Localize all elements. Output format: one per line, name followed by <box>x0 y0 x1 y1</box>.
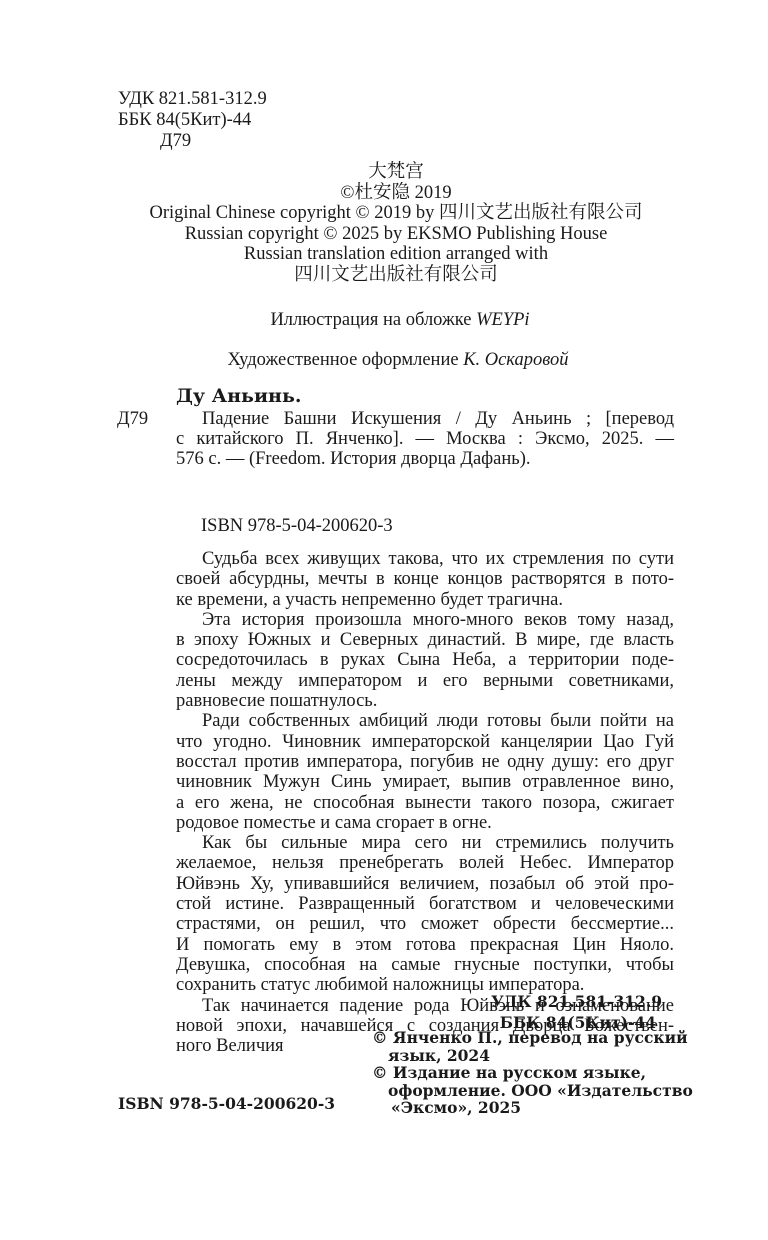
annotation-paragraph: Эта история произошла много-много веков … <box>176 610 674 711</box>
biblio-line: Падение Башни Искушения / Ду Аньинь ; [п… <box>176 409 674 429</box>
design-label: Художественное оформление <box>227 350 463 370</box>
edition-copyright-line3: «Эксмо», 2025 <box>372 1099 672 1117</box>
annotation-line: Ради собственных амбиций люди готовы был… <box>176 711 674 731</box>
annotation-line: своей абсурдны, мечты в конце концов рас… <box>176 569 674 589</box>
original-author-copyright: ©杜安隐 2019 <box>0 183 768 204</box>
annotation-line: Судьба всех живущих такова, что их стрем… <box>176 549 674 569</box>
udk-code: УДК 821.581-312.9 <box>118 89 267 109</box>
author-mark: Д79 <box>160 131 191 151</box>
biblio-line: 576 с. — (Freedom. История дворца Дафань… <box>176 449 674 469</box>
annotation-line: Девушка, способная на самые гнусные пост… <box>176 955 674 975</box>
annotation-line: что угодно. Чиновник императорской канце… <box>176 732 674 752</box>
illustrator-name: WEYPi <box>476 310 529 330</box>
annotation-line: сосредоточилась в руках Сына Неба, а тер… <box>176 650 674 670</box>
annotation-line: восстал против императора, погубив не од… <box>176 752 674 772</box>
annotation-line: лены между императором и его верными сов… <box>176 671 674 691</box>
annotation-line: стой истине. Развращенный богатством и ч… <box>176 894 674 914</box>
annotation-line: желаемое, нельзя пренебрегать волей Небе… <box>176 853 674 873</box>
bibliographic-description: Падение Башни Искушения / Ду Аньинь ; [п… <box>176 409 674 469</box>
edition-copyright-line2: оформление. ООО «Издательство <box>372 1082 672 1100</box>
cover-illustration-credit: Иллюстрация на обложке WEYPi <box>0 310 768 330</box>
annotation-paragraph: Судьба всех живущих такова, что их стрем… <box>176 549 674 610</box>
original-publisher-copyright: Original Chinese copyright © 2019 by 四川文… <box>0 203 768 224</box>
illustration-label: Иллюстрация на обложке <box>270 310 476 330</box>
annotation-paragraph: Ради собственных амбиций люди готовы был… <box>176 711 674 833</box>
annotation-line: Как бы сильные мира сего ни стремились п… <box>176 833 674 853</box>
author-heading: Ду Аньинь. <box>176 386 301 406</box>
original-publisher-name: 四川文艺出版社有限公司 <box>0 265 768 286</box>
copyright-notices: © Янченко П., перевод на русский язык, 2… <box>372 1029 672 1117</box>
annotation-line: И помогать ему в этом готова прекрасная … <box>176 935 674 955</box>
annotation-line: чиновник Мужун Синь умирает, выпив отрав… <box>176 772 674 792</box>
designer-name: К. Оскаровой <box>463 350 568 370</box>
author-mark-side: Д79 <box>117 409 148 429</box>
isbn-bottom: ISBN 978-5-04-200620-3 <box>118 1094 335 1114</box>
annotation-line: Юйвэнь Ху, упивавшийся величием, позабыл… <box>176 874 674 894</box>
annotation-line: в эпоху Южных и Северных династий. В мир… <box>176 630 674 650</box>
annotation: Судьба всех живущих такова, что их стрем… <box>176 519 674 1056</box>
annotation-paragraph: Как бы сильные мира сего ни стремились п… <box>176 833 674 995</box>
annotation-line: а его жена, не способная вынести такого … <box>176 793 674 813</box>
translation-copyright-line2: язык, 2024 <box>372 1047 672 1065</box>
original-copyright-block: 大梵宫 ©杜安隐 2019 Original Chinese copyright… <box>0 162 768 285</box>
annotation-line: Эта история произошла много-много веков … <box>176 610 674 630</box>
annotation-line: ке времени, а участь непременно будет тр… <box>176 590 674 610</box>
annotation-line: родовое поместье и сама сгорает в огне. <box>176 813 674 833</box>
edition-copyright-line1: © Издание на русском языке, <box>372 1064 672 1082</box>
translation-copyright-line1: © Янченко П., перевод на русский <box>372 1029 672 1047</box>
biblio-line: с китайского П. Янченко]. — Москва : Экс… <box>176 429 674 449</box>
annotation-line: страстями, он решил, что сможет обрести … <box>176 914 674 934</box>
art-design-credit: Художественное оформление К. Оскаровой <box>0 350 768 370</box>
russian-copyright: Russian copyright © 2025 by EKSMO Publis… <box>0 224 768 245</box>
bbk-code: ББК 84(5Кит)-44 <box>118 110 251 130</box>
translation-arrangement: Russian translation edition arranged wit… <box>0 244 768 265</box>
annotation-line: равновесие пошатнулось. <box>176 691 674 711</box>
udk-code-bottom: УДК 821.581-312.9 <box>491 992 662 1012</box>
original-title-chinese: 大梵宫 <box>0 162 768 183</box>
